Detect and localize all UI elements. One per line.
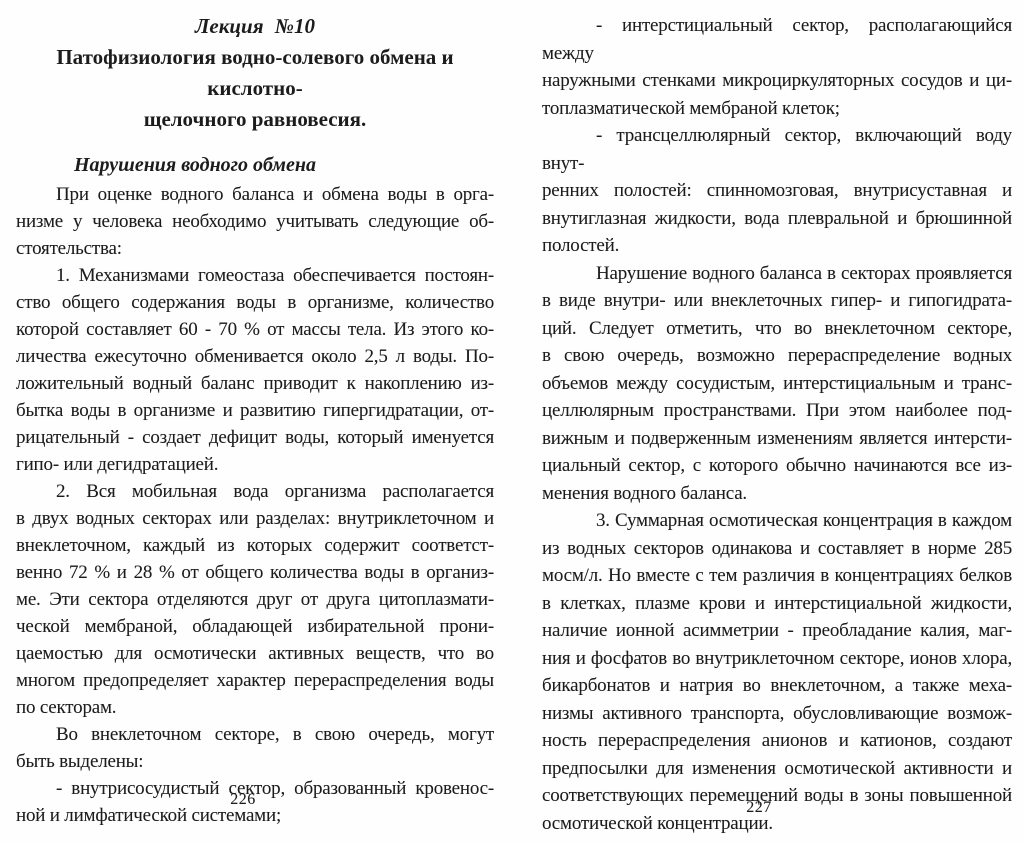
page-number-left: 226 — [4, 791, 482, 809]
text-line: наличие ионной асимметрии - преобладание… — [542, 617, 1012, 645]
text-line: по секторам. — [16, 694, 494, 721]
text-line: Во внеклеточном секторе, в свою очередь,… — [16, 721, 494, 748]
text-line: предпосылки для изменения осмотической а… — [542, 755, 1012, 783]
text-line: циальный сектор, с которого обычно начин… — [542, 452, 1012, 480]
text-line: гипо- или дегидратацией. — [16, 451, 494, 478]
text-line: многом предопределяет характер перераспр… — [16, 667, 494, 694]
section-heading: Нарушения водного обмена — [16, 151, 494, 179]
text-line: ность перераспределения анионов и катион… — [542, 727, 1012, 755]
lecture-title-block: Лекция №10 Патофизиология водно-солевого… — [16, 0, 494, 135]
text-line: ренних полостей: спинномозговая, внутрис… — [542, 177, 1012, 205]
text-line: целлюлярным пространствами. При этом наи… — [542, 397, 1012, 425]
lecture-number-title: Лекция №10 — [16, 10, 494, 42]
text-line: быть выделены: — [16, 748, 494, 775]
text-line: ций. Следует отметить, что во внеклеточн… — [542, 315, 1012, 343]
lecture-title-line-1: Патофизиология водно-солевого обмена и к… — [16, 42, 494, 104]
text-line: низме у человека необходимо учитывать сл… — [16, 208, 494, 235]
right-page-body-text: - интерстициальный сектор, располагающий… — [542, 12, 1012, 837]
book-spread: Лекция №10 Патофизиология водно-солевого… — [0, 0, 1024, 842]
text-line: 2. Вся мобильная вода организма располаг… — [16, 478, 494, 505]
text-line: - интерстициальный сектор, располагающий… — [542, 12, 1012, 67]
text-line: ложительный водный баланс приводит к нак… — [16, 370, 494, 397]
text-line: внутиглазная жидкости, вода плевральной … — [542, 205, 1012, 233]
text-line: внеклеточном, каждый из которых содержит… — [16, 532, 494, 559]
page-number-right: 227 — [524, 799, 994, 817]
text-line: в свою очередь, возможно перераспределен… — [542, 342, 1012, 370]
text-line: мосм/л. Но вместе с тем различия в конце… — [542, 562, 1012, 590]
text-line: низмы активного транспорта, обусловливаю… — [542, 700, 1012, 728]
text-line: ство общего содержания воды в организме,… — [16, 289, 494, 316]
page-226: Лекция №10 Патофизиология водно-солевого… — [16, 0, 494, 842]
text-line: вижным и подверженным изменениям являетс… — [542, 425, 1012, 453]
text-line: стоятельства: — [16, 235, 494, 262]
text-line: в виде внутри- или внеклеточных гипер- и… — [542, 287, 1012, 315]
left-page-body-text: При оценке водного баланса и обмена воды… — [16, 181, 494, 829]
text-line: топлазматической мембраной клеток; — [542, 95, 1012, 123]
text-line: которой составляет 60 - 70 % от массы те… — [16, 316, 494, 343]
text-line: бытка воды в организме и развитию гиперг… — [16, 397, 494, 424]
text-line: наружными стенками микроциркуляторных со… — [542, 67, 1012, 95]
text-line: ме. Эти сектора отделяются друг от друга… — [16, 586, 494, 613]
text-line: ческой мембраной, обладающей избирательн… — [16, 613, 494, 640]
lecture-title-line-2: щелочного равновесия. — [16, 104, 494, 135]
text-line: менения водного баланса. — [542, 480, 1012, 508]
text-line: 3. Суммарная осмотическая концентрация в… — [542, 507, 1012, 535]
text-line: Нарушение водного баланса в секторах про… — [542, 260, 1012, 288]
text-line: При оценке водного баланса и обмена воды… — [16, 181, 494, 208]
text-line: бикарбонатов и натрия во внеклеточном, а… — [542, 672, 1012, 700]
text-line: в двух водных секторах или разделах: вну… — [16, 505, 494, 532]
text-line: рицательный - создает дефицит воды, кото… — [16, 424, 494, 451]
text-line: в клетках, плазме крови и интерстициальн… — [542, 590, 1012, 618]
text-line: личества ежесуточно обменивается около 2… — [16, 343, 494, 370]
text-line: венно 72 % и 28 % от общего количества в… — [16, 559, 494, 586]
page-227: - интерстициальный сектор, располагающий… — [542, 0, 1012, 842]
text-line: полостей. — [542, 232, 1012, 260]
text-line: цаемостью для осмотически активных вещес… — [16, 640, 494, 667]
text-line: ния и фосфатов во внутриклеточном сектор… — [542, 645, 1012, 673]
text-line: из водных секторов одинакова и составляе… — [542, 535, 1012, 563]
text-line: - трансцеллюлярный сектор, включающий во… — [542, 122, 1012, 177]
text-line: объемов между сосудистым, интерстициальн… — [542, 370, 1012, 398]
text-line: 1. Механизмами гомеостаза обеспечивается… — [16, 262, 494, 289]
